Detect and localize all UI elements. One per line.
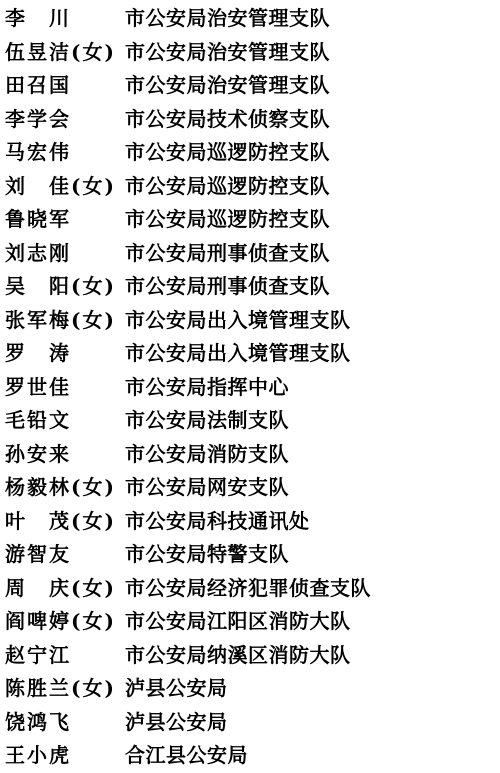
recipient-name: 陈胜兰(女): [5, 672, 125, 706]
recipient-unit: 市公安局巡逻防控支队: [125, 136, 330, 170]
list-item: 刘志刚 市公安局刑事侦查支队: [5, 237, 500, 271]
recipient-name: 李学会: [5, 103, 125, 137]
recipient-name: 游智友: [5, 538, 125, 572]
recipient-unit: 市公安局治安管理支队: [125, 69, 330, 103]
document-page: 李 川 市公安局治安管理支队 伍昱洁(女) 市公安局治安管理支队 田召国 市公安…: [0, 0, 500, 773]
list-item: 杨毅林(女) 市公安局网安支队: [5, 471, 500, 505]
recipient-name: 赵宁江: [5, 639, 125, 673]
list-item: 田召国 市公安局治安管理支队: [5, 69, 500, 103]
recipient-name: 杨毅林(女): [5, 471, 125, 505]
recipient-unit: 市公安局治安管理支队: [125, 36, 330, 70]
recipient-name: 李 川: [5, 2, 125, 36]
list-item: 王小虎 合江县公安局: [5, 739, 500, 773]
recipient-unit: 市公安局纳溪区消防大队: [125, 639, 351, 673]
recipient-name: 吴 阳(女): [5, 270, 125, 304]
recipient-unit: 市公安局科技通讯处: [125, 505, 310, 539]
recipient-name: 马宏伟: [5, 136, 125, 170]
list-item: 李 川 市公安局治安管理支队: [5, 2, 500, 36]
list-item: 叶 茂(女) 市公安局科技通讯处: [5, 505, 500, 539]
recipient-name: 毛铅文: [5, 404, 125, 438]
recipient-unit: 市公安局治安管理支队: [125, 2, 330, 36]
list-item: 伍昱洁(女) 市公安局治安管理支队: [5, 36, 500, 70]
recipient-name: 阎啤婷(女): [5, 605, 125, 639]
recipient-unit: 泸县公安局: [125, 706, 228, 740]
list-item: 张军梅(女) 市公安局出入境管理支队: [5, 304, 500, 338]
list-item: 赵宁江 市公安局纳溪区消防大队: [5, 639, 500, 673]
recipient-unit: 市公安局巡逻防控支队: [125, 170, 330, 204]
recipient-unit: 市公安局出入境管理支队: [125, 337, 351, 371]
recipient-unit: 市公安局特警支队: [125, 538, 289, 572]
recipient-name: 叶 茂(女): [5, 505, 125, 539]
recipient-unit: 市公安局出入境管理支队: [125, 304, 351, 338]
list-item: 吴 阳(女) 市公安局刑事侦查支队: [5, 270, 500, 304]
list-item: 罗 涛 市公安局出入境管理支队: [5, 337, 500, 371]
recipient-name: 孙安来: [5, 438, 125, 472]
recipient-name: 罗世佳: [5, 371, 125, 405]
list-item: 孙安来 市公安局消防支队: [5, 438, 500, 472]
list-item: 刘 佳(女) 市公安局巡逻防控支队: [5, 170, 500, 204]
list-item: 鲁晓军 市公安局巡逻防控支队: [5, 203, 500, 237]
recipient-unit: 市公安局指挥中心: [125, 371, 289, 405]
list-item: 饶鸿飞 泸县公安局: [5, 706, 500, 740]
list-item: 陈胜兰(女) 泸县公安局: [5, 672, 500, 706]
recipient-name: 周 庆(女): [5, 572, 125, 606]
recipient-unit: 合江县公安局: [125, 739, 248, 773]
list-item: 罗世佳 市公安局指挥中心: [5, 371, 500, 405]
recipient-name: 王小虎: [5, 739, 125, 773]
recipient-unit: 市公安局经济犯罪侦查支队: [125, 572, 371, 606]
recipient-name: 刘志刚: [5, 237, 125, 271]
recipient-unit: 市公安局法制支队: [125, 404, 289, 438]
list-item: 周 庆(女) 市公安局经济犯罪侦查支队: [5, 572, 500, 606]
list-item: 马宏伟 市公安局巡逻防控支队: [5, 136, 500, 170]
recipient-unit: 市公安局网安支队: [125, 471, 289, 505]
recipient-name: 田召国: [5, 69, 125, 103]
recipient-unit: 市公安局巡逻防控支队: [125, 203, 330, 237]
recipient-list: 李 川 市公安局治安管理支队 伍昱洁(女) 市公安局治安管理支队 田召国 市公安…: [5, 2, 500, 773]
recipient-unit: 市公安局刑事侦查支队: [125, 270, 330, 304]
recipient-unit: 泸县公安局: [125, 672, 228, 706]
list-item: 李学会 市公安局技术侦察支队: [5, 103, 500, 137]
recipient-name: 张军梅(女): [5, 304, 125, 338]
recipient-unit: 市公安局江阳区消防大队: [125, 605, 351, 639]
recipient-unit: 市公安局消防支队: [125, 438, 289, 472]
recipient-name: 刘 佳(女): [5, 170, 125, 204]
list-item: 毛铅文 市公安局法制支队: [5, 404, 500, 438]
recipient-name: 饶鸿飞: [5, 706, 125, 740]
recipient-name: 伍昱洁(女): [5, 36, 125, 70]
recipient-name: 罗 涛: [5, 337, 125, 371]
recipient-unit: 市公安局技术侦察支队: [125, 103, 330, 137]
recipient-unit: 市公安局刑事侦查支队: [125, 237, 330, 271]
recipient-name: 鲁晓军: [5, 203, 125, 237]
list-item: 阎啤婷(女) 市公安局江阳区消防大队: [5, 605, 500, 639]
list-item: 游智友 市公安局特警支队: [5, 538, 500, 572]
